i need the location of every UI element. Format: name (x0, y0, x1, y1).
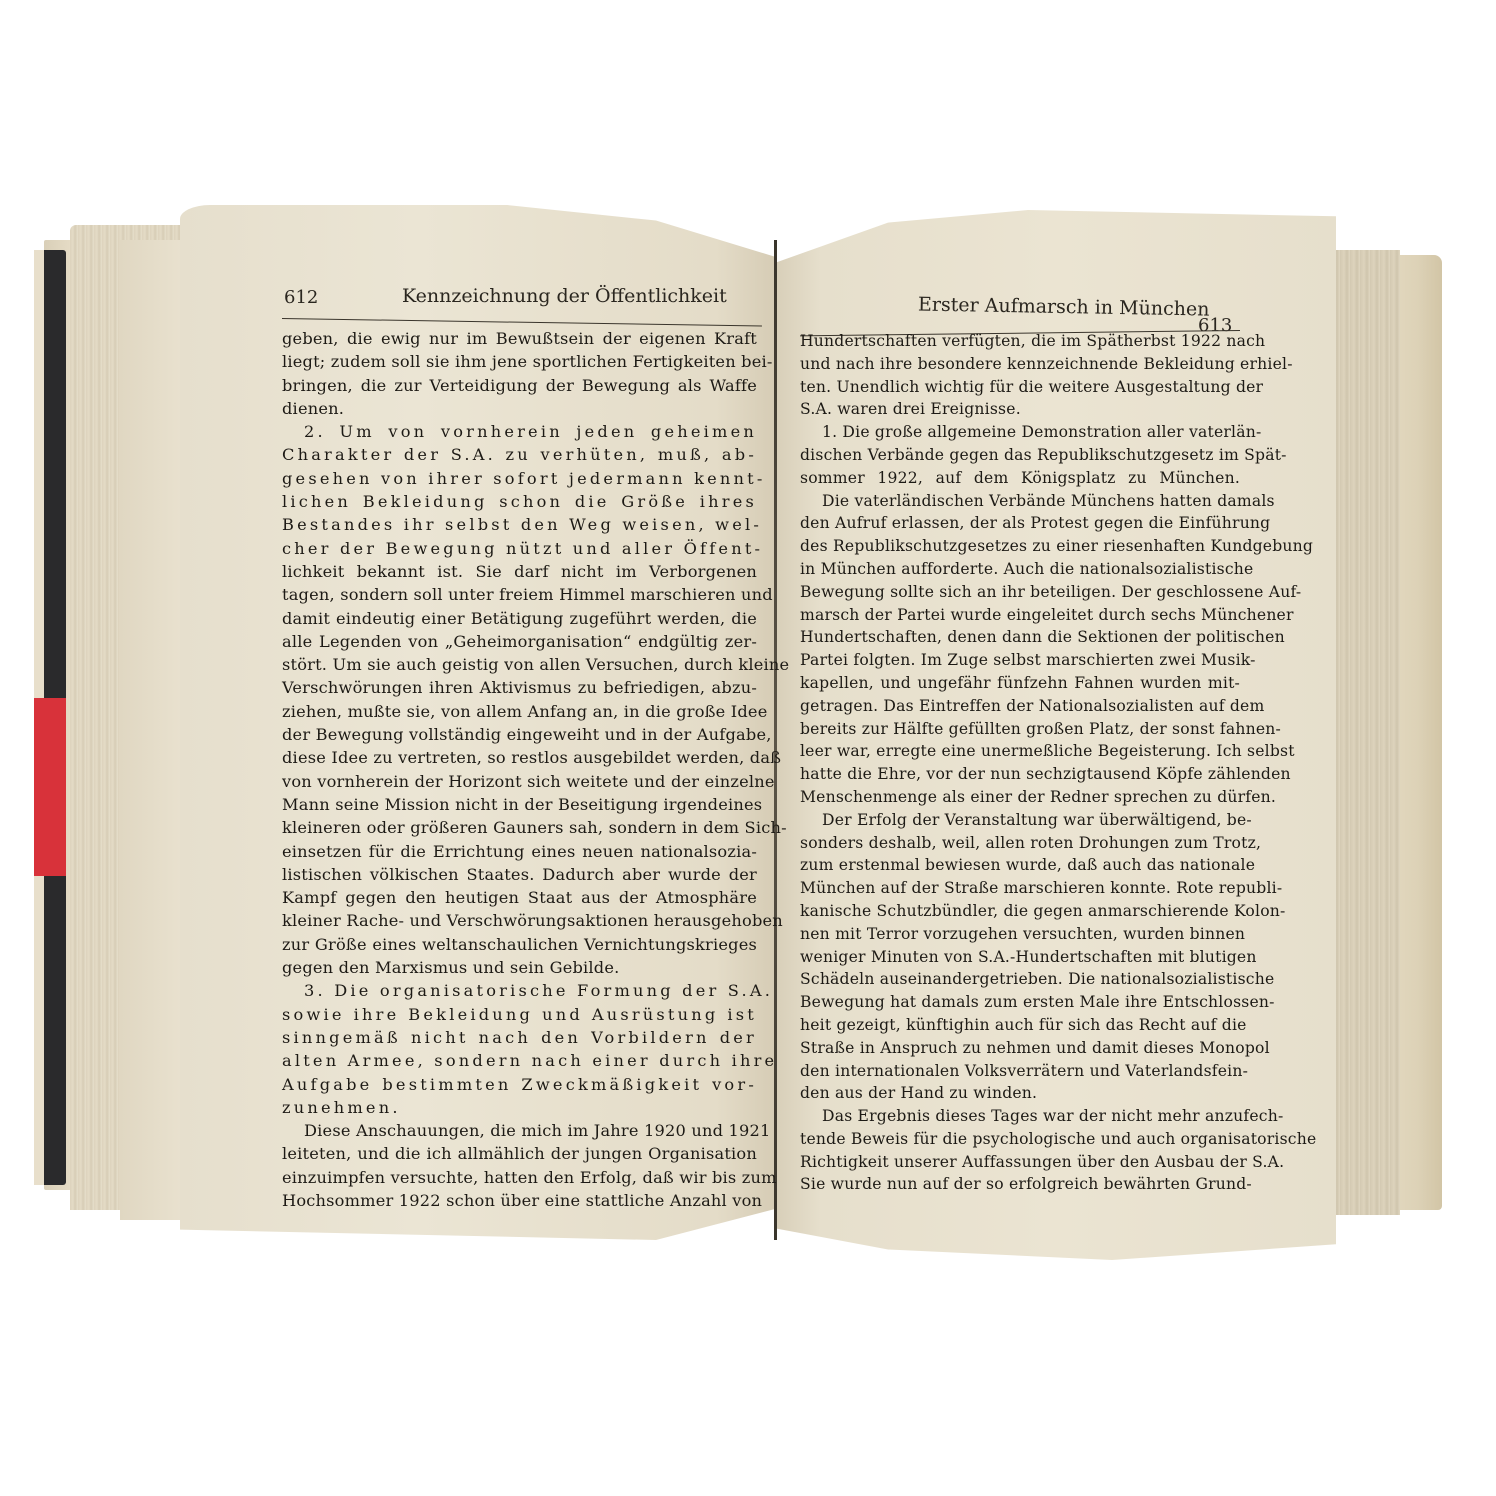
text-line: Aufgabe bestimmten Zweckmäßigkeit vor- (282, 1073, 757, 1096)
text-line: kleineren oder größeren Gauners sah, son… (282, 816, 757, 839)
text-line: Hundertschaften, denen dann die Sektione… (800, 626, 1240, 649)
text-line: Menschenmenge als einer der Redner sprec… (800, 786, 1240, 809)
text-line: Charakter der S.A. zu verhüten, muß, ab- (282, 443, 757, 466)
text-line: alle Legenden von „Geheimorganisation“ e… (282, 630, 757, 653)
text-line: Sie wurde nun auf der so erfolgreich bew… (800, 1173, 1240, 1196)
text-line: Der Erfolg der Veranstaltung war überwäl… (800, 809, 1240, 832)
text-line: von vornherein der Horizont sich weitete… (282, 770, 757, 793)
text-line: sinngemäß nicht nach den Vorbildern der (282, 1026, 757, 1049)
text-line: lichkeit bekannt ist. Sie darf nicht im … (282, 560, 757, 583)
text-line: lichen Bekleidung schon die Größe ihres (282, 490, 757, 513)
text-line: Diese Anschauungen, die mich im Jahre 19… (282, 1119, 757, 1142)
text-line: tende Beweis für die psychologische und … (800, 1128, 1240, 1151)
text-line: dischen Verbände gegen das Republikschut… (800, 444, 1240, 467)
text-line: des Republikschutzgesetzes zu einer ries… (800, 535, 1240, 558)
text-line: cher der Bewegung nützt und aller Öffent… (282, 537, 757, 560)
text-line: Bewegung hat damals zum ersten Male ihre… (800, 991, 1240, 1014)
text-line: gegen den Marxismus und sein Gebilde. (282, 956, 757, 979)
book-photo: 612 Kennzeichnung der Öffentlichkeit Ers… (0, 0, 1496, 1496)
text-line: zunehmen. (282, 1096, 757, 1119)
text-line: sommer 1922, auf dem Königsplatz zu Münc… (800, 467, 1240, 490)
text-line: der Bewegung vollständig eingeweiht und … (282, 723, 757, 746)
text-line: einsetzen für die Errichtung eines neuen… (282, 840, 757, 863)
left-cover-spine (34, 250, 66, 1185)
text-line: S.A. waren drei Ereignisse. (800, 398, 1240, 421)
text-line: damit eindeutig einer Betätigung zugefüh… (282, 607, 757, 630)
text-line: hatte die Ehre, vor der nun sechzigtause… (800, 763, 1240, 786)
text-line: kanische Schutzbündler, die gegen anmars… (800, 900, 1240, 923)
text-line: in München aufforderte. Auch die nationa… (800, 558, 1240, 581)
text-line: dienen. (282, 397, 757, 420)
text-line: sowie ihre Bekleidung und Ausrüstung ist (282, 1003, 757, 1026)
text-line: bereits zur Hälfte gefüllten großen Plat… (800, 718, 1240, 741)
text-line: Partei folgten. Im Zuge selbst marschier… (800, 649, 1240, 672)
text-line: Richtigkeit unserer Auffassungen über de… (800, 1151, 1240, 1174)
text-line: gesehen von ihrer sofort jedermann kennt… (282, 467, 757, 490)
text-line: Verschwörungen ihren Aktivismus zu befri… (282, 676, 757, 699)
text-line: Hochsommer 1922 schon über eine stattlic… (282, 1189, 757, 1212)
text-line: weniger Minuten von S.A.-Hundertschaften… (800, 946, 1240, 969)
text-line: Mann seine Mission nicht in der Beseitig… (282, 793, 757, 816)
text-line: diese Idee zu vertreten, so restlos ausg… (282, 746, 757, 769)
text-line: tagen, sondern soll unter freiem Himmel … (282, 583, 757, 606)
text-line: Hundertschaften verfügten, die im Späthe… (800, 330, 1240, 353)
text-line: Bewegung sollte sich an ihr beteiligen. … (800, 581, 1240, 604)
book-gutter (774, 240, 777, 1240)
text-line: Kampf gegen den heutigen Staat aus der A… (282, 886, 757, 909)
text-line: liegt; zudem soll sie ihm jene sportlich… (282, 350, 757, 373)
text-line: sonders deshalb, weil, allen roten Drohu… (800, 832, 1240, 855)
text-line: getragen. Das Eintreffen der Nationalsoz… (800, 695, 1240, 718)
text-line: zur Größe eines weltanschaulichen Vernic… (282, 933, 757, 956)
text-line: kapellen, und ungefähr fünfzehn Fahnen w… (800, 672, 1240, 695)
text-line: 2. Um von vornherein jeden geheimen (282, 420, 757, 443)
text-line: ziehen, mußte sie, von allem Anfang an, … (282, 700, 757, 723)
text-line: listischen völkischen Staates. Dadurch a… (282, 863, 757, 886)
text-line: und nach ihre besondere kennzeichnende B… (800, 353, 1240, 376)
text-line: 3. Die organisatorische Formung der S.A. (282, 979, 757, 1002)
text-line: nen mit Terror vorzugehen versuchten, wu… (800, 923, 1240, 946)
text-line: den Aufruf erlassen, der als Protest geg… (800, 512, 1240, 535)
text-line: einzuimpfen versuchte, hatten den Erfolg… (282, 1166, 757, 1189)
text-line: den internationalen Volksverrätern und V… (800, 1060, 1240, 1083)
text-line: leer war, erregte eine unermeßliche Bege… (800, 740, 1240, 763)
text-line: Schädeln auseinandergetrieben. Die natio… (800, 968, 1240, 991)
text-line: ten. Unendlich wichtig für die weitere A… (800, 376, 1240, 399)
text-line: Straße in Anspruch zu nehmen und damit d… (800, 1037, 1240, 1060)
right-page-body: Hundertschaften verfügten, die im Späthe… (800, 330, 1240, 1196)
text-line: Die vaterländischen Verbände Münchens ha… (800, 490, 1240, 513)
spine-red-band (34, 698, 66, 876)
text-line: 1. Die große allgemeine Demonstration al… (800, 421, 1240, 444)
text-line: bringen, die zur Verteidigung der Bewegu… (282, 374, 757, 397)
text-line: heit gezeigt, künftighin auch für sich d… (800, 1014, 1240, 1037)
text-line: Das Ergebnis dieses Tages war der nicht … (800, 1105, 1240, 1128)
text-line: kleiner Rache- und Verschwörungsaktionen… (282, 909, 757, 932)
text-line: zum erstenmal bewiesen wurde, daß auch d… (800, 854, 1240, 877)
text-line: Bestandes ihr selbst den Weg weisen, wel… (282, 513, 757, 536)
text-line: leiteten, und die ich allmählich der jun… (282, 1142, 757, 1165)
left-page-number: 612 (284, 287, 318, 308)
left-page-body: geben, die ewig nur im Bewußtsein der ei… (282, 327, 757, 1212)
text-line: marsch der Partei wurde eingeleitet durc… (800, 604, 1240, 627)
text-line: München auf der Straße marschieren konnt… (800, 877, 1240, 900)
text-line: den aus der Hand zu winden. (800, 1082, 1240, 1105)
text-line: alten Armee, sondern nach einer durch ih… (282, 1049, 757, 1072)
text-line: geben, die ewig nur im Bewußtsein der ei… (282, 327, 757, 350)
text-line: stört. Um sie auch geistig von allen Ver… (282, 653, 757, 676)
left-running-head: Kennzeichnung der Öffentlichkeit (402, 285, 727, 307)
